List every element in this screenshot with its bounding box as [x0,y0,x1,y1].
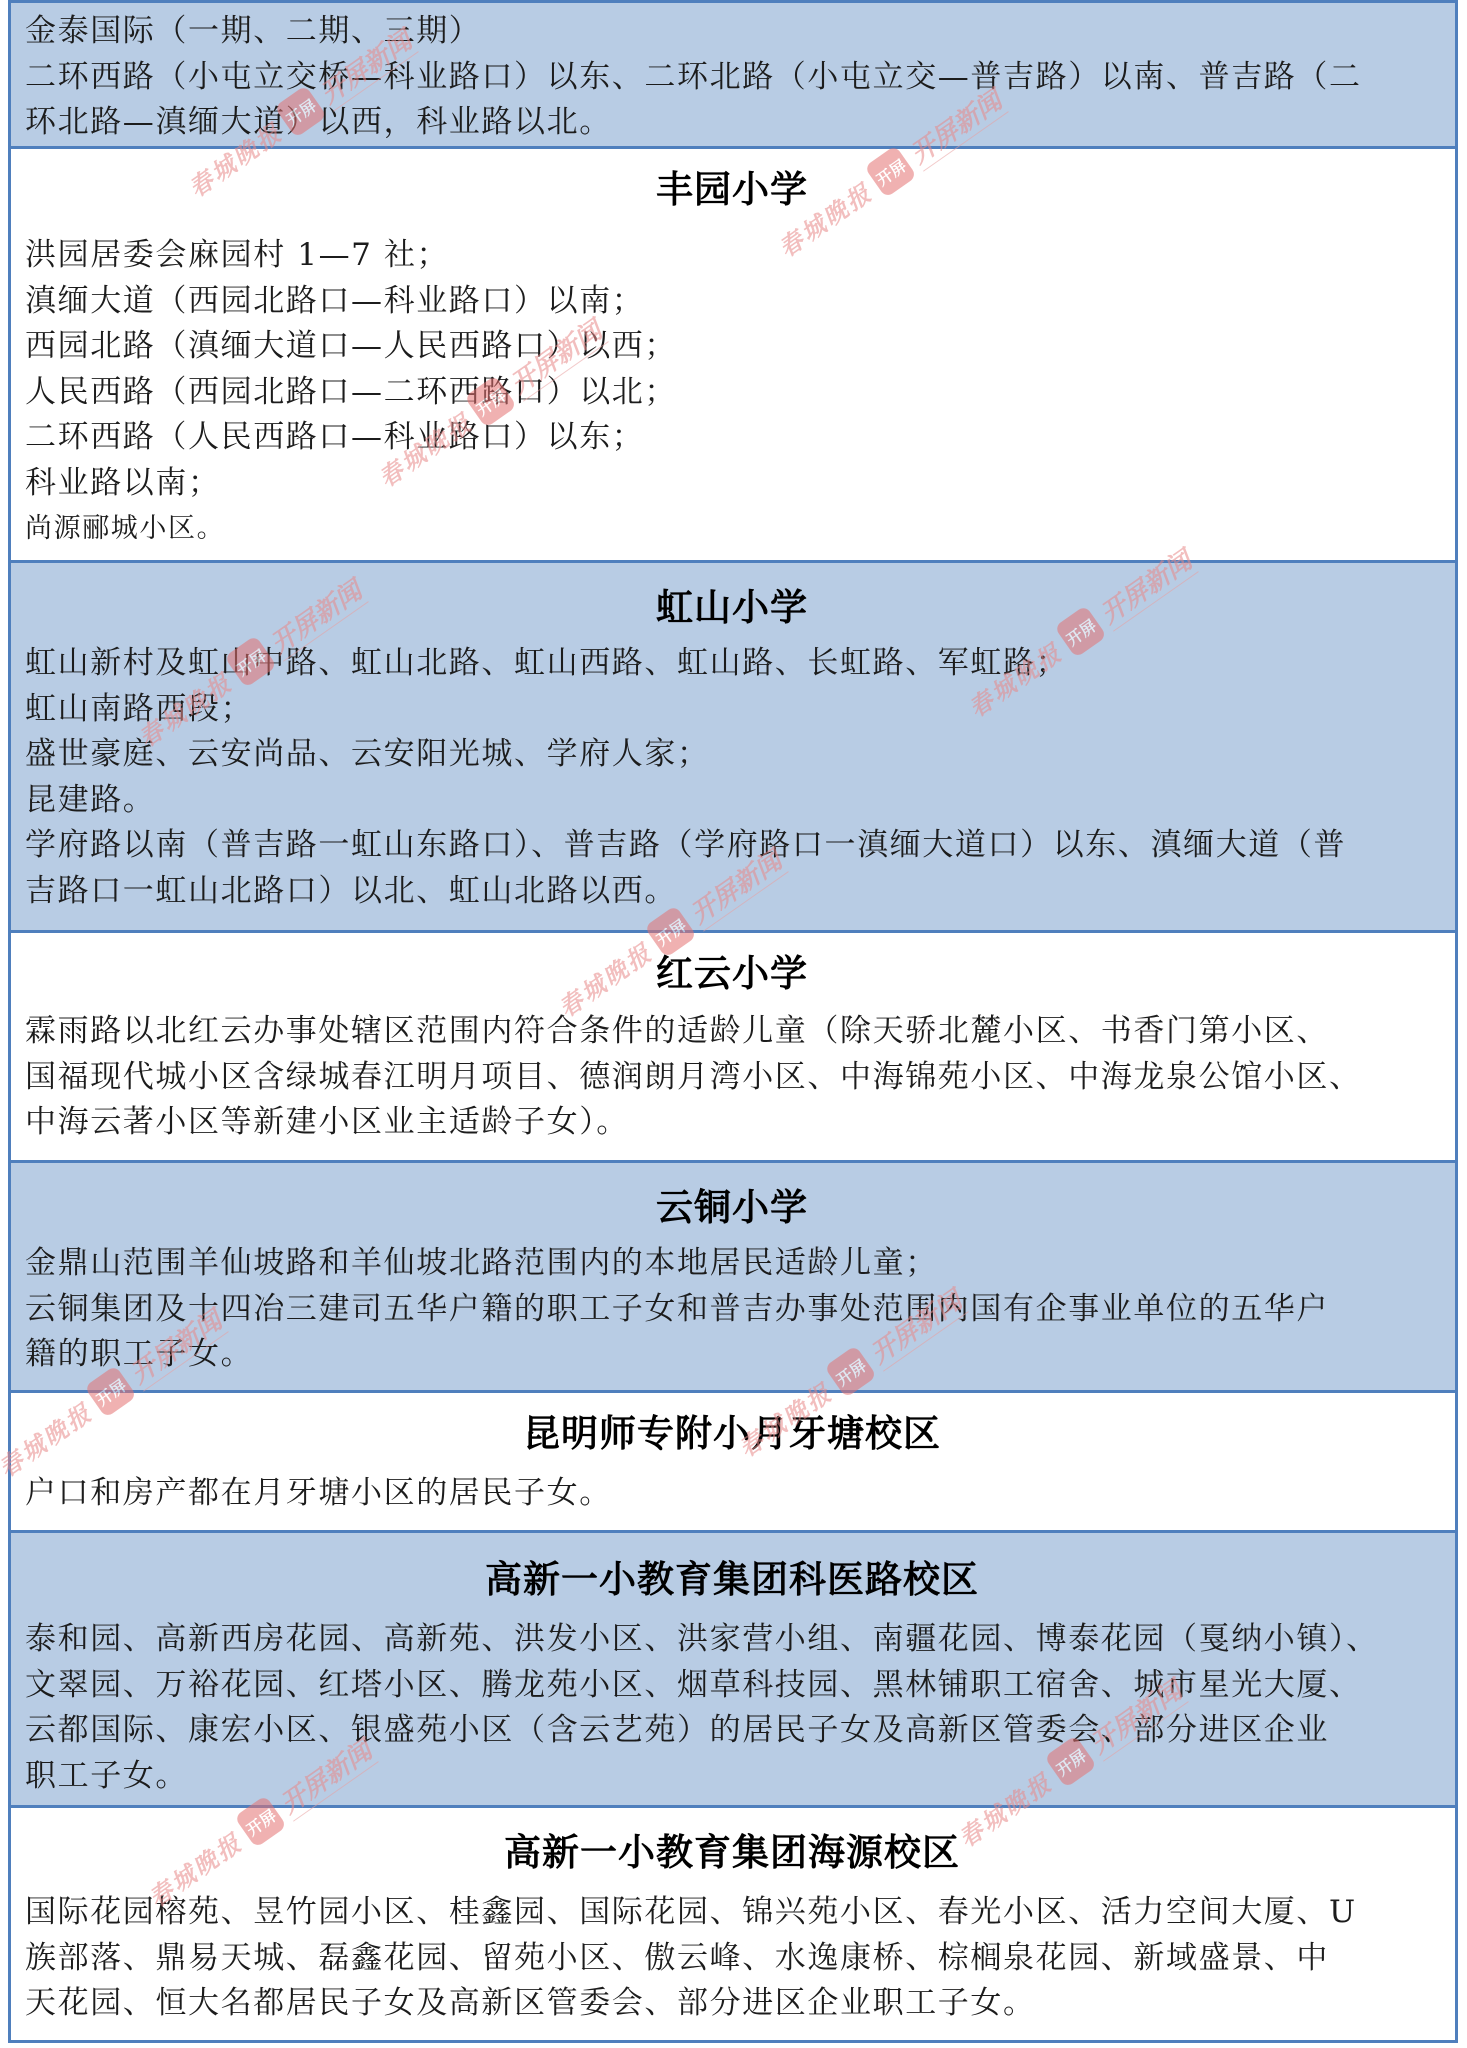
section-line: 吉路口一虹山北路口）以北、虹山北路以西。 [25,869,1439,915]
section-line: 霖雨路以北红云办事处辖区范围内符合条件的适龄儿童（除天骄北麓小区、书香门第小区、 [25,1009,1439,1055]
section-line: 职工子女。 [25,1754,1439,1800]
section-line: 文翠园、万裕花园、红塔小区、腾龙苑小区、烟草科技园、黑林铺职工宿舍、城市星光大厦… [25,1663,1439,1709]
section-line: 云铜集团及十四冶三建司五华户籍的职工子女和普吉办事处范围内国有企事业单位的五华户 [25,1287,1439,1333]
section-line: 户口和房产都在月牙塘小区的居民子女。 [25,1471,1439,1517]
section-line: 族部落、鼎易天城、磊鑫花园、留苑小区、傲云峰、水逸康桥、棕榈泉花园、新域盛景、中 [25,1936,1439,1982]
section-line: 天花园、恒大名都居民子女及高新区管委会、部分进区企业职工子女。 [25,1981,1439,2027]
section-line: 滇缅大道（西园北路口—科业路口）以南； [25,279,1439,325]
section-jintai-continuation: 金泰国际（一期、二期、三期） 二环西路（小屯立交桥—科业路口）以东、二环北路（小… [11,0,1455,146]
school-heading: 云铜小学 [25,1185,1439,1231]
section-line: 泰和园、高新西房花园、高新苑、洪发小区、洪家营小组、南疆花园、博泰花园（戛纳小镇… [25,1617,1439,1663]
section-line: 虹山新村及虹山中路、虹山北路、虹山西路、虹山路、长虹路、军虹路； [25,641,1439,687]
section-line: 中海云著小区等新建小区业主适龄子女）。 [25,1100,1439,1146]
section-line: 环北路—滇缅大道）以西，科业路以北。 [25,100,1439,146]
school-district-table: 金泰国际（一期、二期、三期） 二环西路（小屯立交桥—科业路口）以东、二环北路（小… [8,0,1458,2043]
school-heading: 昆明师专附小月牙塘校区 [25,1411,1439,1457]
section-line: 虹山南路西段； [25,687,1439,733]
school-heading: 高新一小教育集团科医路校区 [25,1557,1439,1603]
section-hongyun-primary: 红云小学 霖雨路以北红云办事处辖区范围内符合条件的适龄儿童（除天骄北麓小区、书香… [11,930,1455,1160]
section-haiyuan-campus: 高新一小教育集团海源校区 国际花园榕苑、昱竹园小区、桂鑫园、国际花园、锦兴苑小区… [11,1805,1455,2043]
section-line: 尚源郦城小区。 [25,506,1439,552]
section-line: 科业路以南； [25,461,1439,507]
section-yueyatang-campus: 昆明师专附小月牙塘校区 户口和房产都在月牙塘小区的居民子女。 [11,1390,1455,1530]
section-yuntong-primary: 云铜小学 金鼎山范围羊仙坡路和羊仙坡北路范围内的本地居民适龄儿童； 云铜集团及十… [11,1160,1455,1390]
section-keyi-road-campus: 高新一小教育集团科医路校区 泰和园、高新西房花园、高新苑、洪发小区、洪家营小组、… [11,1530,1455,1805]
section-line: 国际花园榕苑、昱竹园小区、桂鑫园、国际花园、锦兴苑小区、春光小区、活力空间大厦、… [25,1890,1439,1936]
section-hongshan-primary: 虹山小学 虹山新村及虹山中路、虹山北路、虹山西路、虹山路、长虹路、军虹路； 虹山… [11,560,1455,930]
section-line: 云都国际、康宏小区、银盛苑小区（含云艺苑）的居民子女及高新区管委会、部分进区企业 [25,1708,1439,1754]
section-line: 学府路以南（普吉路一虹山东路口）、普吉路（学府路口一滇缅大道口）以东、滇缅大道（… [25,823,1439,869]
school-heading: 高新一小教育集团海源校区 [25,1830,1439,1876]
section-line: 二环西路（小屯立交桥—科业路口）以东、二环北路（小屯立交—普吉路）以南、普吉路（… [25,55,1439,101]
section-line: 昆建路。 [25,778,1439,824]
section-line: 西园北路（滇缅大道口—人民西路口）以西； [25,324,1439,370]
section-line: 籍的职工子女。 [25,1332,1439,1378]
section-line: 金泰国际（一期、二期、三期） [25,9,1439,55]
section-line: 国福现代城小区含绿城春江明月项目、德润朗月湾小区、中海锦苑小区、中海龙泉公馆小区… [25,1055,1439,1101]
section-fengyuan-primary: 丰园小学 洪园居委会麻园村 1—7 社； 滇缅大道（西园北路口—科业路口）以南；… [11,146,1455,560]
section-line: 二环西路（人民西路口—科业路口）以东； [25,415,1439,461]
section-line: 人民西路（西园北路口—二环西路口）以北； [25,370,1439,416]
school-heading: 丰园小学 [25,167,1439,213]
school-heading: 虹山小学 [25,585,1439,631]
section-line: 金鼎山范围羊仙坡路和羊仙坡北路范围内的本地居民适龄儿童； [25,1241,1439,1287]
school-heading: 红云小学 [25,951,1439,997]
section-line: 盛世豪庭、云安尚品、云安阳光城、学府人家； [25,732,1439,778]
section-line: 洪园居委会麻园村 1—7 社； [25,233,1439,279]
